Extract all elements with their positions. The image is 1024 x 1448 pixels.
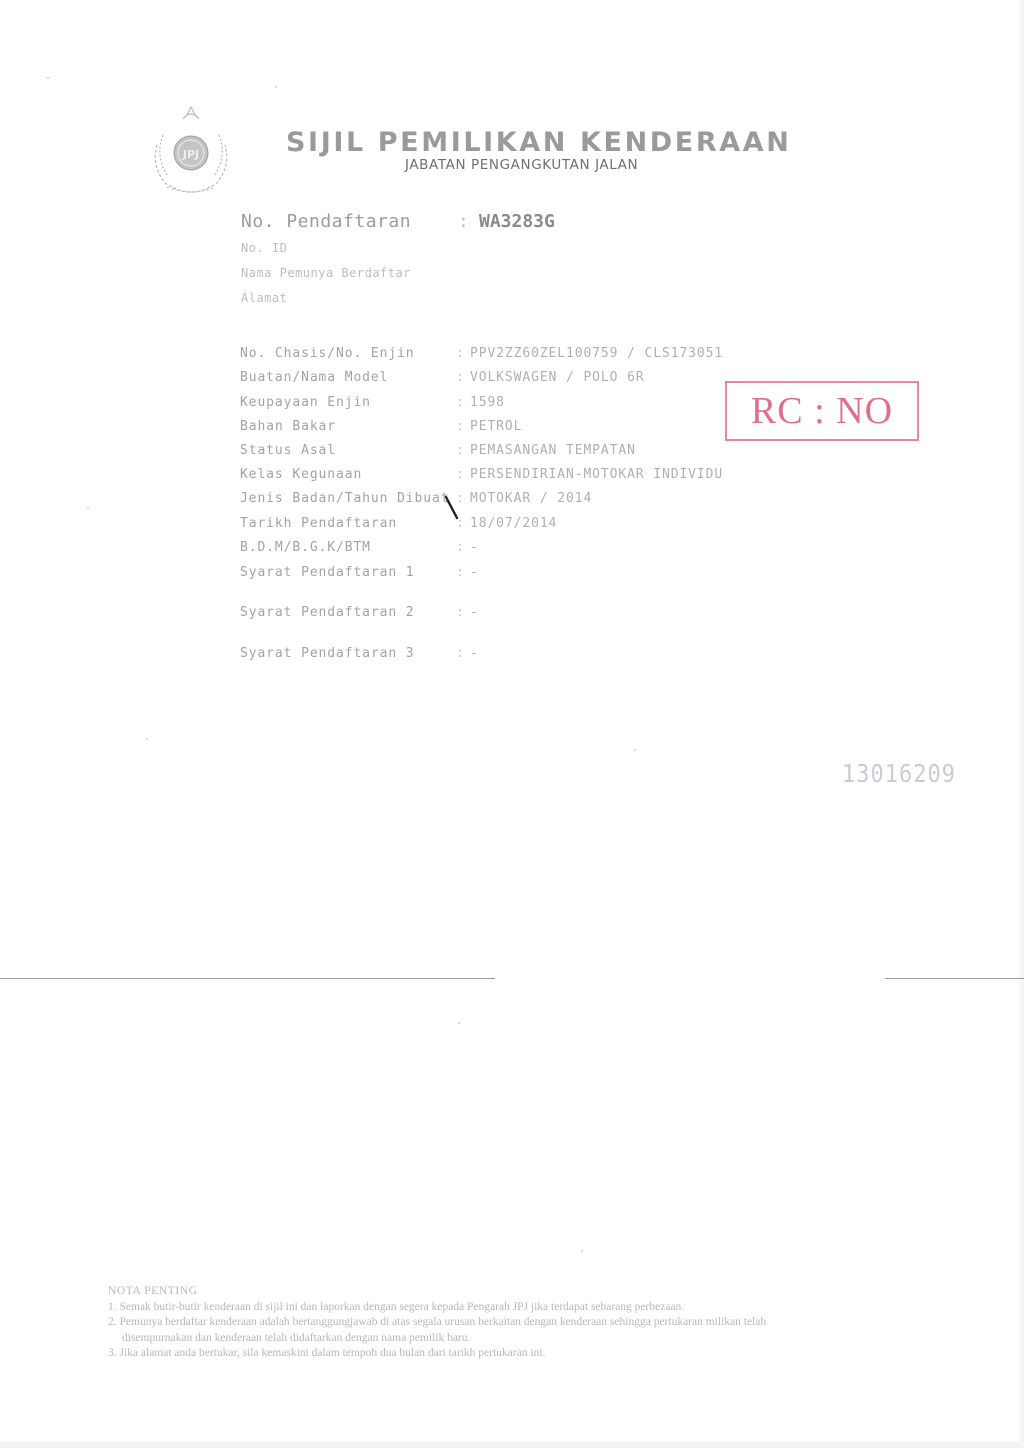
field-label: B.D.M/B.G.K/BTM <box>240 540 371 555</box>
field-label: Bahan Bakar <box>240 419 336 434</box>
scan-speck <box>87 507 89 509</box>
field-value: MOTOKAR / 2014 <box>470 491 592 506</box>
field-value: - <box>470 565 479 580</box>
field-label: Keupayaan Enjin <box>240 395 371 410</box>
field-colon: : <box>456 565 464 580</box>
divider-line-left <box>0 978 495 979</box>
scan-speck <box>146 738 148 740</box>
svg-text:JPJ: JPJ <box>182 148 199 161</box>
field-value: PERSENDIRIAN-MOTOKAR INDIVIDU <box>470 467 723 482</box>
field-value: PPV2ZZ60ZEL100759 / CLS173051 <box>470 346 723 361</box>
note-item: 2. Pemunya berdaftar kenderaan adalah be… <box>108 1315 938 1331</box>
scan-speck <box>458 1022 460 1024</box>
field-label: Syarat Pendaftaran 1 <box>240 565 415 580</box>
registration-colon: : <box>458 211 469 232</box>
field-value: VOLKSWAGEN / POLO 6R <box>470 370 645 385</box>
field-label: Syarat Pendaftaran 3 <box>240 646 415 661</box>
field-colon: : <box>456 467 464 482</box>
serial-number: 13016209 <box>842 760 956 789</box>
registration-label: No. Pendaftaran <box>241 211 411 232</box>
pen-mark-icon <box>444 495 460 521</box>
field-label: No. Chasis/No. Enjin <box>240 346 415 361</box>
note-item: 1. Semak butir-butir kenderaan di sijil … <box>108 1300 938 1316</box>
field-value: 18/07/2014 <box>470 516 557 531</box>
document-title: SIJIL PEMILIKAN KENDERAAN <box>286 127 791 158</box>
field-label: Tarikh Pendaftaran <box>240 516 397 531</box>
important-notes: NOTA PENTING 1. Semak butir-butir kender… <box>108 1284 938 1362</box>
owner-address-label: Alamat <box>241 291 287 305</box>
field-colon: : <box>456 419 464 434</box>
field-value: PEMASANGAN TEMPATAN <box>470 443 636 458</box>
scan-speck <box>581 1250 583 1252</box>
field-value: - <box>470 646 479 661</box>
field-colon: : <box>456 646 464 661</box>
owner-id-label: No. ID <box>241 241 287 255</box>
field-label: Jenis Badan/Tahun Dibuat <box>240 491 449 506</box>
field-colon: : <box>456 370 464 385</box>
scan-edge-right <box>1018 0 1024 1448</box>
field-label: Buatan/Nama Model <box>240 370 388 385</box>
field-value: PETROL <box>470 419 522 434</box>
note-item: 3. Jika alamat anda bertukar, sila kemas… <box>108 1346 938 1362</box>
notes-title: NOTA PENTING <box>108 1284 938 1300</box>
scan-speck <box>47 77 49 79</box>
scan-speck <box>275 86 277 88</box>
jpj-crest-icon: JPJ <box>143 105 239 199</box>
issuing-authority: JABATAN PENGANGKUTAN JALAN <box>405 157 638 173</box>
field-label: Kelas Kegunaan <box>240 467 362 482</box>
registration-number: WA3283G <box>479 211 555 232</box>
field-colon: : <box>456 605 464 620</box>
field-value: - <box>470 605 479 620</box>
field-colon: : <box>456 443 464 458</box>
scan-edge-bottom <box>0 1442 1024 1448</box>
scan-speck <box>634 749 636 751</box>
rc-stamp: RC : NO <box>725 381 919 441</box>
note-item-continuation: disempurnakan dan kenderaan telah didaft… <box>108 1331 938 1347</box>
field-value: 1598 <box>470 395 505 410</box>
field-label: Status Asal <box>240 443 336 458</box>
field-value: - <box>470 540 479 555</box>
divider-line-right <box>885 978 1024 979</box>
field-colon: : <box>456 540 464 555</box>
field-colon: : <box>456 346 464 361</box>
owner-name-label: Nama Pemunya Berdaftar <box>241 266 411 280</box>
field-label: Syarat Pendaftaran 2 <box>240 605 415 620</box>
field-colon: : <box>456 395 464 410</box>
